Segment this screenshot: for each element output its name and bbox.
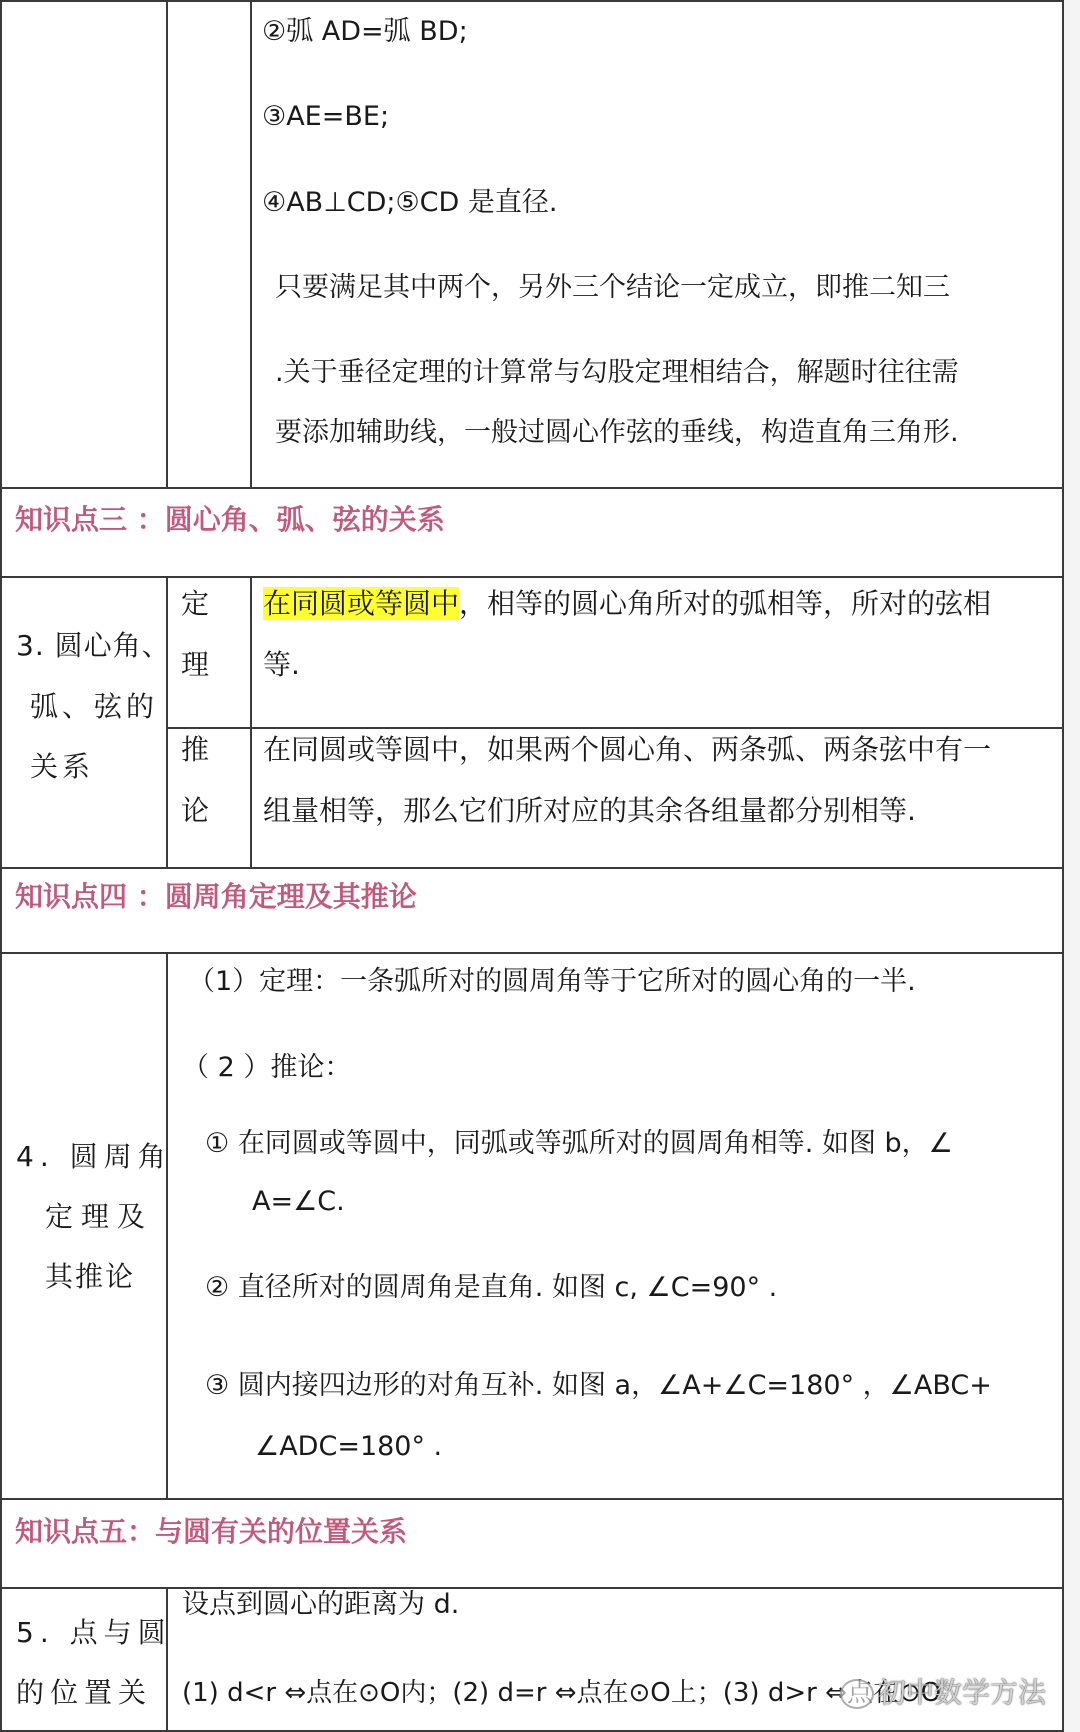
table-left-border bbox=[0, 0, 2, 1732]
section5-topic-label-2: 的位置关 bbox=[16, 1676, 152, 1710]
wechat-logo-icon bbox=[840, 1679, 874, 1709]
section3-topic-label-2: 弧、弦的 bbox=[30, 690, 158, 724]
theorem-label-1: 定 bbox=[181, 587, 213, 621]
knowledge-table: ②弧 AD=弧 BD; ③AE=BE; ④AB⊥CD;⑤CD 是直径. 只要满足… bbox=[0, 0, 1064, 1732]
corollary-1-line-1: ① 在同圆或等圆中，同弧或等弧所对的圆周角相等. 如图 b，∠ bbox=[205, 1127, 953, 1161]
section4-topic-label-3: 其推论 bbox=[45, 1260, 135, 1294]
subrow-divider bbox=[166, 727, 1064, 729]
row-divider bbox=[0, 952, 1064, 954]
watermark: 初中数学方法 bbox=[840, 1676, 1046, 1710]
corollary-2: ② 直径所对的圆周角是直角. 如图 c, ∠C=90° . bbox=[205, 1271, 777, 1305]
rule-text-1: 只要满足其中两个，另外三个结论一定成立，即推二知三 bbox=[275, 271, 950, 305]
corollary-label-2: 论 bbox=[181, 794, 213, 828]
table-right-border bbox=[1062, 0, 1064, 1732]
highlighted-phrase: 在同圆或等圆中 bbox=[263, 587, 459, 620]
row-divider bbox=[0, 576, 1064, 578]
theorem-line-1: 在同圆或等圆中，相等的圆心角所对的弧相等，所对的弦相 bbox=[263, 587, 991, 621]
row-divider bbox=[0, 867, 1064, 869]
condition-4-5: ④AB⊥CD;⑤CD 是直径. bbox=[262, 186, 557, 220]
rule-text-3: 要添加辅助线，一般过圆心作弦的垂线，构造直角三角形. bbox=[275, 416, 959, 450]
theorem-line-2: 等. bbox=[263, 648, 300, 682]
row-divider bbox=[0, 1498, 1064, 1500]
corollary-line-2: 组量相等，那么它们所对应的其余各组量都分别相等. bbox=[263, 794, 916, 828]
point-circle-relations: (1) d<r ⇔点在⊙O内；(2) d=r ⇔点在⊙O上；(3) d>r ⇔点… bbox=[182, 1676, 941, 1710]
section5-header: 知识点五：与圆有关的位置关系 bbox=[15, 1515, 407, 1549]
col1-divider bbox=[166, 576, 168, 868]
col1-divider bbox=[166, 952, 168, 1499]
corollary-heading: （ 2 ）推论： bbox=[182, 1051, 351, 1085]
section3-header: 知识点三 ：圆心角、弧、弦的关系 bbox=[15, 503, 445, 537]
corollary-3-line-1: ③ 圆内接四边形的对角互补. 如图 a，∠A+∠C=180° ，∠ABC+ bbox=[205, 1369, 992, 1403]
corollary-3-line-2: ∠ADC=180° . bbox=[255, 1430, 442, 1464]
section3-topic-label-3: 关系 bbox=[30, 750, 94, 784]
row-divider bbox=[0, 1587, 1064, 1589]
theorem-statement: （1）定理：一条弧所对的圆周角等于它所对的圆心角的一半. bbox=[188, 965, 916, 999]
rule-text-2: .关于垂径定理的计算常与勾股定理相结合，解题时往往需 bbox=[275, 356, 959, 390]
row-divider bbox=[0, 487, 1064, 489]
distance-definition: 设点到圆心的距离为 d. bbox=[182, 1588, 459, 1622]
col2-divider bbox=[250, 576, 252, 868]
section3-topic-label-1: 3. 圆心角、 bbox=[16, 629, 171, 663]
col1-divider bbox=[166, 0, 168, 488]
condition-3: ③AE=BE; bbox=[262, 100, 389, 134]
theorem-label-2: 理 bbox=[181, 648, 213, 682]
col1-divider bbox=[166, 1587, 168, 1732]
section4-topic-label-2: 定理及 bbox=[45, 1200, 153, 1234]
corollary-1-line-2: A=∠C. bbox=[252, 1185, 345, 1219]
section4-header: 知识点四 ：圆周角定理及其推论 bbox=[15, 880, 417, 914]
condition-2: ②弧 AD=弧 BD; bbox=[262, 15, 468, 49]
corollary-line-1: 在同圆或等圆中，如果两个圆心角、两条弧、两条弦中有一 bbox=[263, 733, 991, 767]
table-top-border bbox=[0, 0, 1064, 2]
section4-topic-label-1: 4. 圆周角 bbox=[16, 1140, 172, 1174]
col2-divider bbox=[250, 0, 252, 488]
corollary-label-1: 推 bbox=[181, 733, 213, 767]
section5-topic-label-1: 5. 点与圆 bbox=[16, 1616, 172, 1650]
